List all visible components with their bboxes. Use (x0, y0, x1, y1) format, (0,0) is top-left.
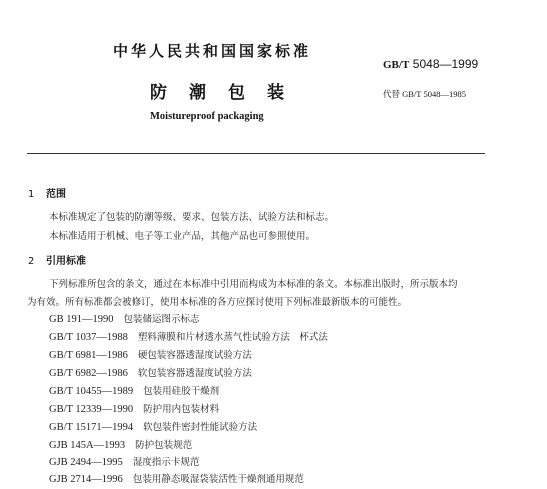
section-title: 范围 (46, 189, 66, 200)
reference-code: GB/T 1037—1988 (49, 332, 128, 343)
section-title: 引用标准 (46, 256, 86, 267)
section-1-heading: 1范围 (28, 185, 66, 200)
reference-name: 软包装件密封性能试验方法 (143, 422, 257, 433)
reference-item: GB 191—1990包装储运图示标志 (49, 311, 199, 325)
section-2-intro-line-1: 下列标准所包含的条文，通过在本标准中引用而构成为本标准的条文。本标准出版时，所示… (49, 276, 458, 290)
replaces-standard: 代替 GB/T 5048—1985 (383, 88, 466, 100)
section-1-paragraph-2: 本标准适用于机械、电子等工业产品，其他产品也可参照使用。 (49, 228, 315, 242)
reference-name: 塑料薄膜和片材透水蒸气性试验方法 杯式法 (138, 332, 328, 343)
reference-name: 包装用硅胶干燥剂 (143, 386, 219, 397)
section-1-paragraph-1: 本标准规定了包装的防潮等级、要求、包装方法、试验方法和标志。 (49, 209, 334, 223)
reference-code: GJB 2494—1995 (49, 457, 123, 468)
section-2-intro-line-2: 为有效。所有标准都会被修订，使用本标准的各方应探讨使用下列标准最新版本的可能性。 (27, 294, 407, 308)
reference-code: GB/T 6981—1986 (49, 350, 128, 361)
reference-item: GB/T 15171—1994软包装件密封性能试验方法 (49, 419, 257, 433)
reference-name: 软包装容器透湿度试验方法 (138, 368, 252, 379)
reference-item: GJB 2714—1996包装用静态吸湿袋装活性干燥剂通用规范 (49, 471, 304, 485)
reference-item: GB/T 10455—1989包装用硅胶干燥剂 (49, 383, 219, 397)
section-number: 2 (28, 256, 46, 267)
standard-code-prefix: GB/T (383, 59, 409, 71)
reference-code: GJB 145A—1993 (49, 440, 125, 451)
reference-code: GB 191—1990 (49, 314, 113, 325)
standard-title-english: Moistureproof packaging (150, 111, 264, 122)
reference-item: GJB 2494—1995湿度指示卡规范 (49, 454, 199, 468)
reference-item: GB/T 12339—1990防护用内包装材料 (49, 401, 219, 415)
reference-code: GB/T 15171—1994 (49, 422, 133, 433)
reference-item: GJB 145A—1993防护包装规范 (49, 437, 192, 451)
header-divider (27, 153, 485, 154)
reference-name: 包装储运图示标志 (123, 314, 199, 325)
reference-name: 防护用内包装材料 (143, 404, 219, 415)
standard-title-chinese: 防潮包装 (150, 78, 306, 103)
reference-code: GB/T 6982—1986 (49, 368, 128, 379)
reference-name: 湿度指示卡规范 (133, 457, 200, 468)
reference-name: 防护包装规范 (135, 440, 192, 451)
section-2-heading: 2引用标准 (28, 252, 86, 267)
section-number: 1 (28, 189, 46, 200)
reference-item: GB/T 6981—1986硬包装容器透湿度试验方法 (49, 347, 252, 361)
standard-code-number: 5048—1999 (413, 57, 478, 71)
reference-code: GB/T 12339—1990 (49, 404, 133, 415)
reference-code: GJB 2714—1996 (49, 474, 123, 485)
reference-name: 包装用静态吸湿袋装活性干燥剂通用规范 (133, 474, 304, 485)
reference-item: GB/T 1037—1988塑料薄膜和片材透水蒸气性试验方法 杯式法 (49, 329, 328, 343)
reference-code: GB/T 10455—1989 (49, 386, 133, 397)
standard-code: GB/T 5048—1999 (383, 57, 478, 71)
reference-name: 硬包装容器透湿度试验方法 (138, 350, 252, 361)
reference-item: GB/T 6982—1986软包装容器透湿度试验方法 (49, 365, 252, 379)
national-standard-heading: 中华人民共和国国家标准 (113, 40, 311, 61)
